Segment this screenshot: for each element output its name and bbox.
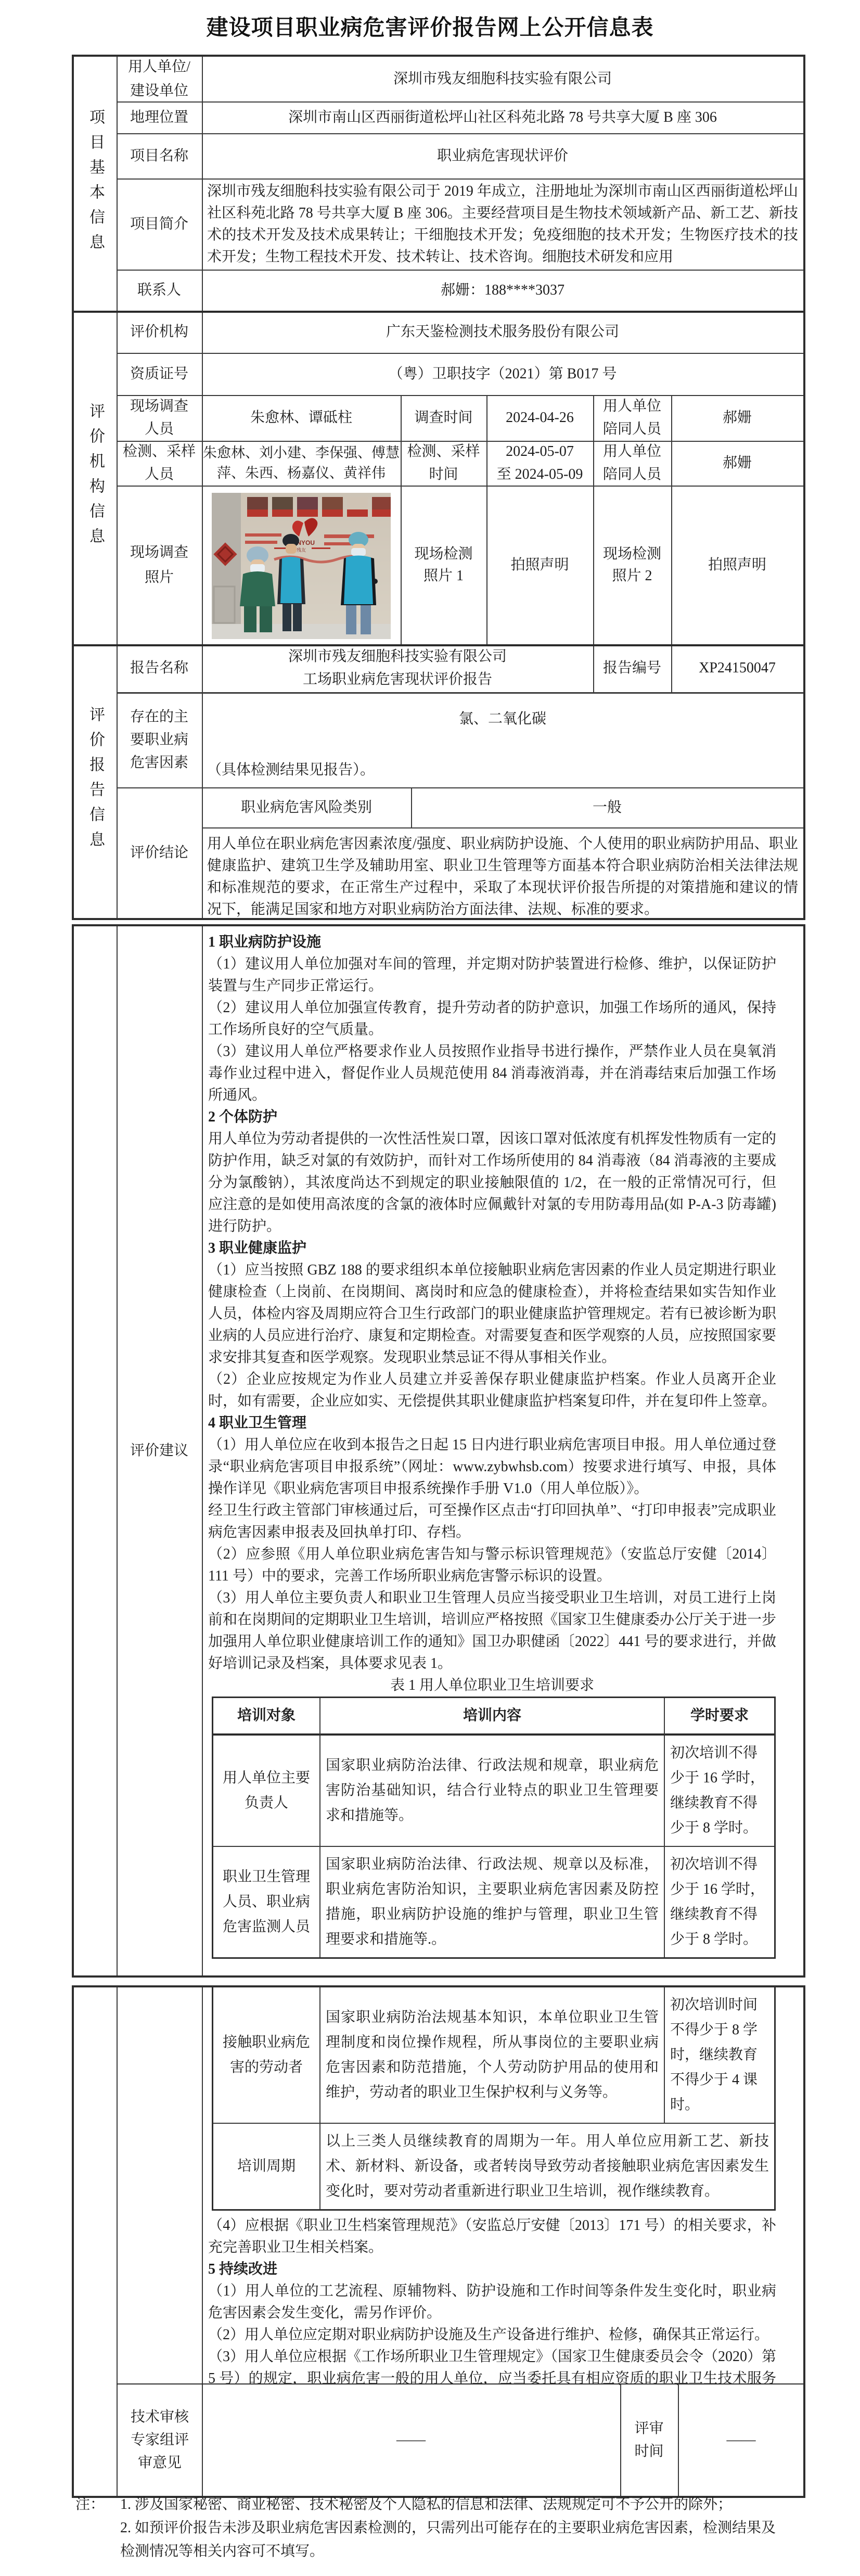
table-cell-who: 培训周期: [213, 2124, 320, 2209]
hazards-note: （具体检测结果见报告）。: [207, 758, 800, 782]
grid-line: [117, 692, 803, 694]
sampling-time-value: 2024-05-07 至 2024-05-09: [486, 441, 593, 486]
label-line: 要职业病: [130, 729, 188, 751]
advice-paragraph: （2）用人单位应定期对职业病防护设施及生产设备进行维护、检修，确保其正常运行。: [208, 2324, 776, 2346]
photo-canvas: CANYOU 残友: [212, 493, 391, 639]
detection-photo2-label: 现场检测照片 2: [593, 486, 671, 644]
table-cell-who: 职业卫生管理人员、职业病危害监测人员: [213, 1847, 320, 1957]
advice-heading: 4 职业卫生管理: [208, 1412, 776, 1434]
value-line: 深圳市残友细胞科技实验有限公司: [288, 646, 507, 668]
training-requirements-table: 培训对象 培训内容 学时要求 用人单位主要负责人 国家职业病防治法律、行政法规和…: [212, 1697, 776, 1959]
label-line: 评审: [634, 2418, 663, 2440]
advice-paragraph: （2）企业应按规定为作业人员建立并妥善保存职业健康监护档案。作业人员离开企业时，…: [208, 1369, 776, 1412]
label-line: 检测、采样: [407, 441, 480, 463]
table-page-3: 接触职业病危害的劳动者 国家职业病防治法规基本知识，本单位职业卫生管理制度和岗位…: [72, 1985, 805, 2498]
advice-paragraph: （1）用人单位的工艺流程、原辅物料、防护设施和工作时间等条件发生变化时，职业病危…: [208, 2280, 776, 2324]
accompany-survey-value: 郝姗: [671, 395, 803, 441]
label-line: 陪同人员: [603, 418, 661, 440]
table-cell-hours: 初次培训不得少于 16 学时，继续教育不得少于 8 学时。: [665, 1736, 774, 1847]
label-line: 现场调查: [130, 542, 188, 564]
project-intro-label: 项目简介: [117, 178, 202, 270]
column-header: 培训对象: [213, 1698, 320, 1736]
section-label-basic-info: 项目基本信息: [74, 57, 117, 311]
advice-paragraph: （1）建议用人单位加强对车间的管理，并定期对防护装置进行检修、维护，以保证防护装…: [208, 953, 776, 997]
accompany-sampling-value: 郝姗: [671, 441, 803, 486]
location-label: 地理位置: [117, 101, 202, 133]
advice-paragraph: （3）用人单位主要负责人和职业卫生管理人员应当接受职业卫生培训，对员工进行上岗前…: [208, 1587, 776, 1675]
advice-heading: 2 个体防护: [208, 1106, 776, 1128]
site-survey-photo: CANYOU 残友: [212, 493, 391, 639]
photo-side-wall: [212, 493, 241, 639]
grid-line: [117, 178, 803, 180]
detection-photo1-value: 拍照声明: [486, 486, 593, 644]
accompany-label: 用人单位 陪同人员: [593, 395, 671, 441]
table-cell-hours: 初次培训时间不得少于 8 学时，继续教育不得少于 4 课时。: [665, 1987, 774, 2124]
logo-subtext: 残友: [297, 547, 306, 553]
advice-content-part1: 1 职业病防护设施 （1）建议用人单位加强对车间的管理，并定期对防护装置进行检修…: [208, 932, 776, 1959]
label-line: 危害因素: [130, 752, 188, 774]
value-line: 工场职业病危害现状评价报告: [303, 669, 492, 691]
advice-paragraph: 经卫生行政主管部门审核通过后，可至操作区点击“打印回执单”、“打印申报表”完成职…: [208, 1500, 776, 1544]
contact-value: 郝姗：188****3037: [202, 270, 803, 311]
table-page-2: 评价建议 1 职业病防护设施 （1）建议用人单位加强对车间的管理，并定期对防护装…: [72, 924, 805, 1978]
hazards-label: 存在的主 要职业病 危害因素: [117, 692, 202, 787]
training-requirements-table-cont: 接触职业病危害的劳动者 国家职业病防治法规基本知识，本单位职业卫生管理制度和岗位…: [212, 1987, 776, 2211]
advice-paragraph: 用人单位为劳动者提供的一次性活性炭口罩，因该口罩对低浓度有机挥发性物质有一定的防…: [208, 1128, 776, 1238]
agency-label: 评价机构: [117, 311, 202, 353]
label-line: 人员: [145, 418, 174, 440]
label-line: 专家组评: [131, 2429, 189, 2451]
advice-heading: 3 职业健康监护: [208, 1238, 776, 1259]
page-title: 建设项目职业病危害评价报告网上公开信息表: [0, 10, 860, 42]
table-cell-content: 国家职业病防治法规基本知识，本单位职业卫生管理制度和岗位操作规程，所从事岗位的主…: [320, 1987, 665, 2124]
project-intro-value: 深圳市残友细胞科技实验有限公司于 2019 年成立，注册地址为深圳市南山区西丽街…: [207, 181, 798, 268]
label-line: 时间: [429, 464, 458, 486]
table-cell-who: 接触职业病危害的劳动者: [213, 1987, 320, 2124]
expert-review-label: 技术审核 专家组评 审意见: [118, 2384, 202, 2496]
label-line: 陪同人员: [603, 464, 661, 486]
risk-category-label: 职业病危害风险类别: [202, 787, 411, 827]
label-line: 建设单位: [130, 80, 188, 102]
label-line: 现场调查: [130, 396, 188, 417]
sampling-staff-label: 检测、采样 人员: [117, 441, 202, 486]
advice-paragraph: （3）建议用人单位严格要求作业人员按照作业指导书进行操作，严禁作业人员在臭氧消毒…: [208, 1041, 776, 1106]
report-name-label: 报告名称: [117, 644, 202, 692]
label-line: 照片: [145, 567, 174, 589]
hazards-value: 氯、二氧化碳: [202, 701, 803, 737]
advice-heading: 1 职业病防护设施: [208, 932, 776, 953]
public-info-sheet: { "title": "建设项目职业病危害评价报告网上公开信息表", "page…: [0, 0, 860, 2576]
advice-heading: 5 持续改进: [208, 2259, 776, 2280]
advice-content-part2: 接触职业病危害的劳动者 国家职业病防治法规基本知识，本单位职业卫生管理制度和岗位…: [208, 1987, 776, 2412]
footnote-items: 1. 涉及国家秘密、商业秘密、技术秘密及个人隐私的信息和法律、法规规定可不予公开…: [120, 2493, 781, 2563]
value-line: 2024-05-07: [506, 441, 574, 463]
section-label-agency-info: 评价机构信息: [74, 311, 117, 644]
review-time-value: ——: [679, 2384, 803, 2496]
certificate-label: 资质证号: [117, 353, 202, 395]
table-cell-hours: 初次培训不得少于 16 学时，继续教育不得少于 8 学时。: [665, 1847, 774, 1957]
certificate-value: （粤）卫职技字（2021）第 B017 号: [202, 353, 803, 395]
label-line: 审意见: [138, 2452, 182, 2474]
survey-time-label: 调查时间: [401, 395, 486, 441]
label-line: 用人单位/: [128, 56, 190, 78]
advice-paragraph: （2）建议用人单位加强宣传教育，提升劳动者的防护意识，加强工作场所的通风，保持工…: [208, 997, 776, 1041]
footnote-item: 2. 如预评价报告未涉及职业病危害因素检测的，只需列出可能存在的主要职业病危害因…: [120, 2516, 781, 2563]
contact-label: 联系人: [117, 270, 202, 311]
label-line: 检测、采样: [123, 441, 196, 463]
advice-paragraph: （1）应当按照 GBZ 188 的要求组织本单位接触职业病危害因素的作业人员定期…: [208, 1259, 776, 1369]
agency-value: 广东天鉴检测技术服务股份有限公司: [202, 311, 803, 353]
expert-review-opinion: ——: [203, 2384, 619, 2496]
advice-paragraph: （4）应根据《职业卫生档案管理规范》（安监总厅安健〔2013〕171 号）的相关…: [208, 2215, 776, 2259]
survey-staff-value: 朱愈林、谭砥柱: [202, 395, 401, 441]
table-cell-who: 用人单位主要负责人: [213, 1736, 320, 1847]
label-line: 人员: [145, 464, 174, 486]
label-line: 用人单位: [603, 396, 661, 417]
label-line: 技术审核: [131, 2406, 189, 2428]
detection-photo1-label: 现场检测照片 1: [401, 486, 486, 644]
table-cell-content: 国家职业病防治法律、行政法规和规章，职业病危害防治基础知识，结合行业特点的职业卫…: [320, 1736, 665, 1847]
accompany-label: 用人单位 陪同人员: [593, 441, 671, 486]
employer-value: 深圳市残友细胞科技实验有限公司: [202, 57, 803, 101]
footnote-prefix: 注：: [75, 2493, 120, 2563]
grid-line: [202, 827, 803, 828]
report-no-label: 报告编号: [593, 644, 671, 692]
advice-paragraph: （2）应参照《用人单位职业病危害告知与警示标识管理规范》（安监总厅安健〔2014…: [208, 1544, 776, 1587]
conclusion-label: 评价结论: [117, 787, 202, 918]
location-value: 深圳市南山区西丽街道松坪山社区科苑北路 78 号共享大厦 B 座 306: [202, 101, 803, 133]
table-page-1: 项目基本信息 评价机构信息 评价报告信息 用人单位/ 建设单位 深圳市残友细胞科…: [72, 55, 805, 920]
project-name-label: 项目名称: [117, 133, 202, 178]
detection-photo2-value: 拍照声明: [671, 486, 803, 644]
advice-label: 评价建议: [117, 926, 202, 1975]
label-line: 时间: [634, 2441, 663, 2463]
label-line: 存在的主: [130, 706, 188, 728]
table-cell-content: 国家职业病防治法律、行政法规、规章以及标准，职业病危害防治知识，主要职业病危害因…: [320, 1847, 665, 1957]
sampling-time-label: 检测、采样 时间: [401, 441, 486, 486]
risk-category-value: 一般: [411, 787, 803, 827]
footnotes: 注： 1. 涉及国家秘密、商业秘密、技术秘密及个人隐私的信息和法律、法规规定可不…: [75, 2493, 814, 2563]
table-cell-training-cycle: 以上三类人员继续教育的周期为一年。用人单位应用新工艺、新技术、新材料、新设备，或…: [320, 2124, 774, 2209]
report-name-value: 深圳市残友细胞科技实验有限公司 工场职业病危害现状评价报告: [202, 644, 593, 692]
sampling-staff-value: 朱愈林、刘小建、李保强、傅慧萍、朱西、杨嘉仪、黄祥伟: [202, 441, 401, 486]
advice-paragraph: （1）用人单位应在收到本报告之日起 15 日内进行职业病危害项目申报。用人单位通…: [208, 1434, 776, 1500]
report-no-value: XP24150047: [671, 644, 803, 692]
employer-label: 用人单位/ 建设单位: [117, 57, 202, 101]
review-time-label: 评审 时间: [621, 2384, 677, 2496]
grid-line: [202, 926, 203, 1975]
project-name-value: 职业病危害现状评价: [202, 133, 803, 178]
column-header: 培训内容: [320, 1698, 665, 1736]
training-table-caption: 表 1 用人单位职业卫生培训要求: [208, 1675, 776, 1697]
section-label-report-info: 评价报告信息: [74, 644, 117, 918]
footnote-item: 1. 涉及国家秘密、商业秘密、技术秘密及个人隐私的信息和法律、法规规定可不予公开…: [120, 2493, 781, 2516]
value-line: 至 2024-05-09: [497, 464, 583, 486]
survey-time-value: 2024-04-26: [486, 395, 593, 441]
conclusion-text: 用人单位在职业病危害因素浓度/强度、职业病防护设施、个人使用的职业病防护用品、职…: [207, 833, 798, 915]
survey-staff-label: 现场调查 人员: [117, 395, 202, 441]
column-header: 学时要求: [665, 1698, 774, 1736]
survey-photo-label: 现场调查 照片: [117, 486, 202, 644]
label-line: 用人单位: [603, 441, 661, 463]
